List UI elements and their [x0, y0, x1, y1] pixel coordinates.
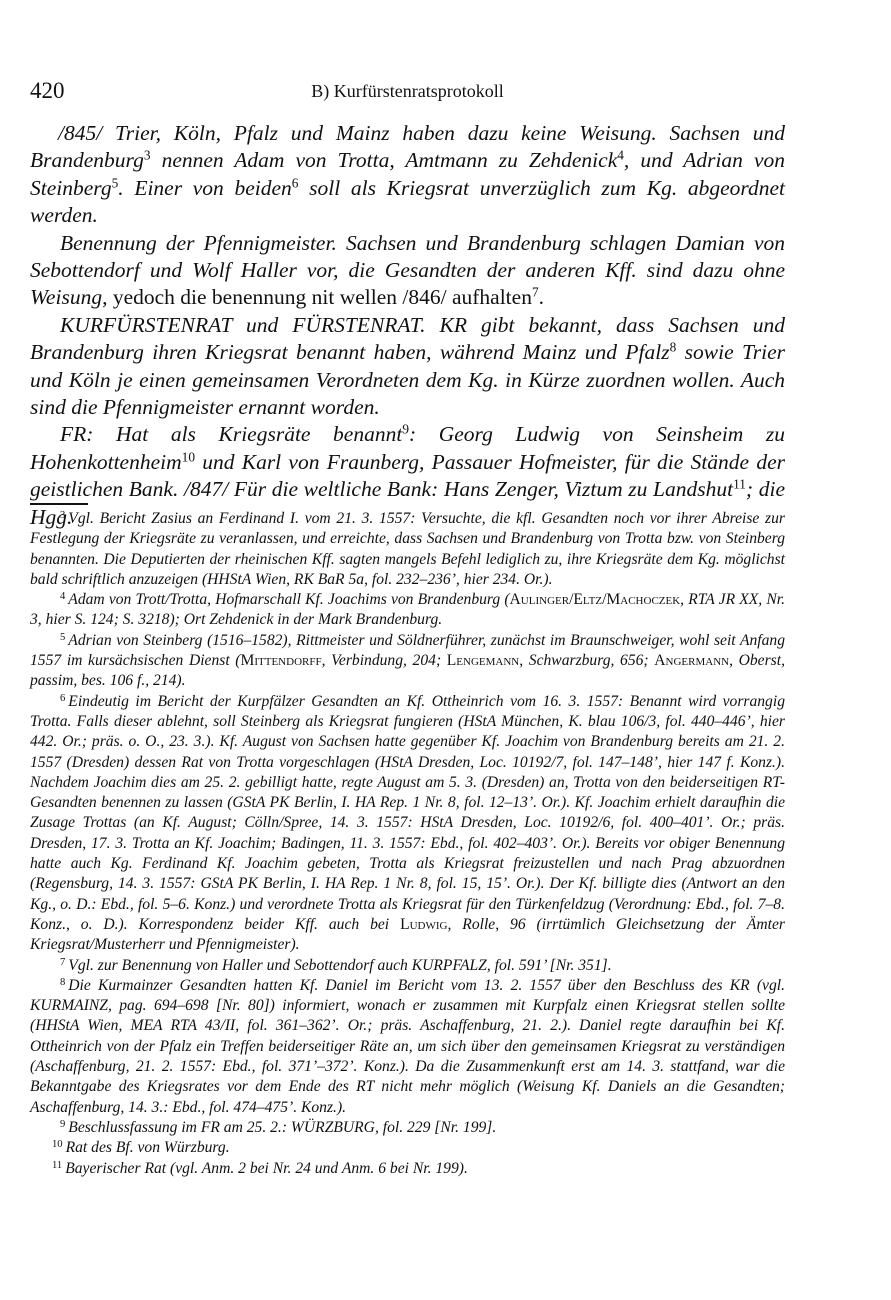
footnote-ref-10[interactable]: 10	[182, 450, 195, 465]
paragraph-3: KURFÜRSTENRAT und FÜRSTENRAT. KR gibt be…	[30, 312, 785, 422]
main-text: /845/ Trier, Köln, Pfalz und Mainz haben…	[30, 120, 785, 531]
footnote-ref-9[interactable]: 9	[402, 422, 409, 437]
running-title: B) Kurfürstenratsprotokoll	[30, 81, 785, 102]
page-header: 420 B) Kurfürstenratsprotokoll	[30, 78, 785, 108]
footnote-10: 10Rat des Bf. von Würzburg.	[30, 1138, 785, 1158]
footnote-ref-4[interactable]: 4	[617, 148, 624, 163]
footnote-ref-11[interactable]: 11	[733, 477, 746, 492]
footnote-divider	[30, 503, 88, 505]
quoted-source-text: yedoch die benennung nit wellen /846/ au…	[107, 285, 532, 309]
footnotes: 3Vgl. Bericht Zasius an Ferdinand I. vom…	[30, 509, 785, 1179]
footnote-8: 8Die Kurmainzer Gesandten hatten Kf. Dan…	[30, 976, 785, 1118]
footnote-3: 3Vgl. Bericht Zasius an Ferdinand I. vom…	[30, 509, 785, 590]
footnote-5: 5Adrian von Steinberg (1516–1582), Rittm…	[30, 631, 785, 692]
footnote-7: 7Vgl. zur Benennung von Haller und Sebot…	[30, 956, 785, 976]
paragraph-1: /845/ Trier, Köln, Pfalz und Mainz haben…	[30, 120, 785, 230]
footnote-6: 6Eindeutig im Bericht der Kurpfälzer Ges…	[30, 692, 785, 956]
footnote-11: 11Bayerischer Rat (vgl. Anm. 2 bei Nr. 2…	[30, 1159, 785, 1179]
footnote-ref-7[interactable]: 7	[532, 285, 539, 300]
footnote-9: 9Beschlussfassung im FR am 25. 2.: WÜRZB…	[30, 1118, 785, 1138]
footnote-4: 4Adam von Trott/Trotta, Hofmarschall Kf.…	[30, 590, 785, 631]
paragraph-2: Benennung der Pfennigmeister. Sachsen un…	[30, 230, 785, 312]
footnote-ref-3[interactable]: 3	[144, 148, 151, 163]
